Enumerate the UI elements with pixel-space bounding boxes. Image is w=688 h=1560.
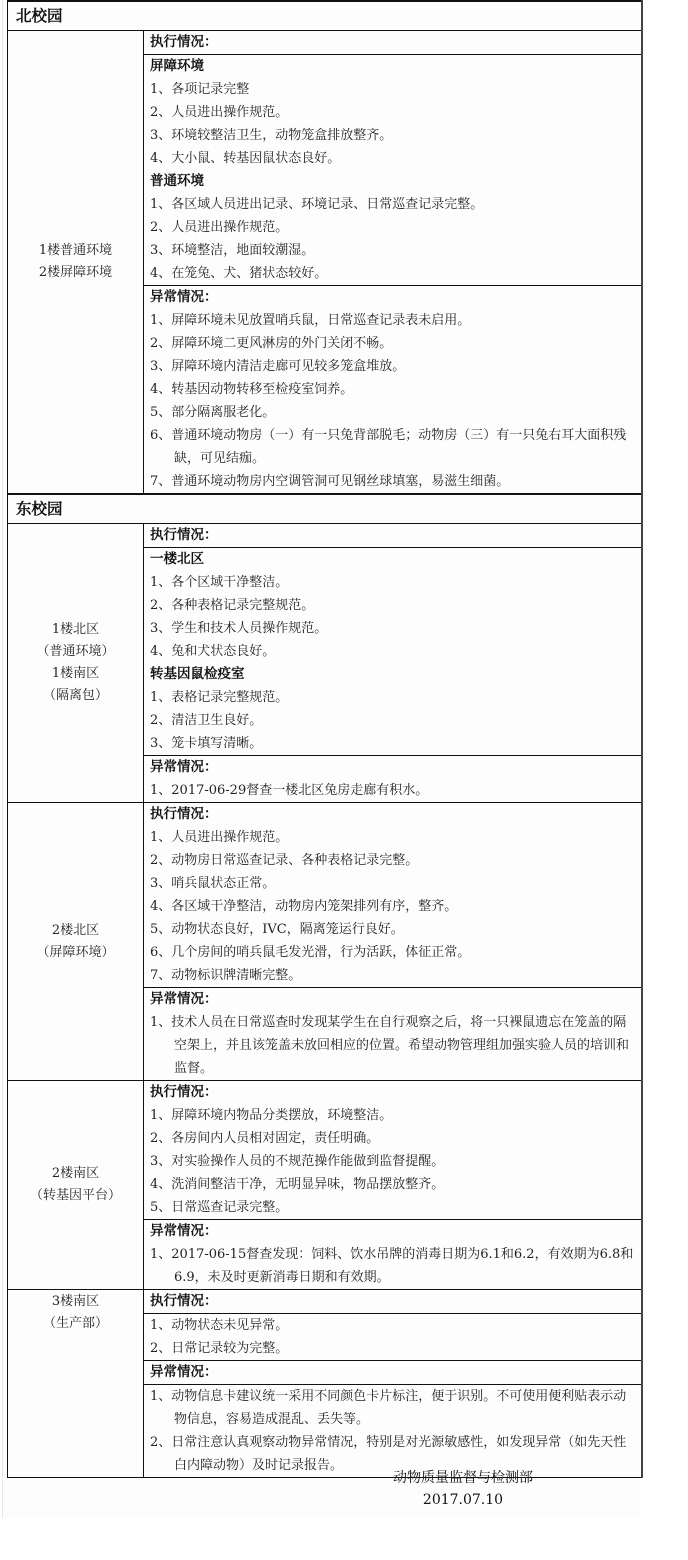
area-line: （转基因平台） [10, 1185, 141, 1207]
list-item: 2、清洁卫生良好。 [150, 709, 635, 732]
list-item: 2、各种表格记录完整规范。 [150, 594, 635, 617]
area-line: 2楼屏障环境 [10, 262, 141, 284]
campus-header-row: 东校园 [8, 494, 642, 524]
execution-label: 执行情况： [150, 803, 635, 826]
abnormal-label: 异常情况： [150, 988, 635, 1011]
list-item: 1、人员进出操作规范。 [150, 826, 635, 849]
list-item: 6、普通环境动物房（一）有一只兔背部脱毛；动物房（三）有一只兔右耳大面积残缺，可… [150, 424, 635, 470]
list-item: 2、人员进出操作规范。 [150, 101, 635, 124]
execution-cell: 执行情况： 1、人员进出操作规范。 2、动物房日常巡查记录、各种表格记录完整。 … [144, 803, 642, 988]
list-item: 7、普通环境动物房内空调管洞可见钢丝球填塞，易滋生细菌。 [150, 470, 635, 493]
list-item: 2、各房间内人员相对固定，责任明确。 [150, 1127, 635, 1150]
execution-cell: 1、动物状态未见异常。 2、日常记录较为完整。 [144, 1314, 642, 1361]
list-item: 2、日常记录较为完整。 [150, 1337, 635, 1360]
list-item: 6、几个房间的哨兵鼠毛发光滑，行为活跃，体征正常。 [150, 941, 635, 964]
abnormal-cell: 异常情况： 1、2017-06-29督查一楼北区兔房走廊有积水。 [144, 756, 642, 803]
area-line: （隔离包） [10, 685, 141, 707]
area-cell: 3楼南区 （生产部） [8, 1290, 144, 1478]
abnormal-cell: 异常情况： 1、屏障环境未见放置哨兵鼠，日常巡查记录表未启用。 2、屏障环境二更… [144, 286, 642, 495]
list-item: 2、屏障环境二更风淋房的外门关闭不畅。 [150, 332, 635, 355]
execution-label: 执行情况： [144, 1290, 642, 1314]
execution-label: 执行情况： [144, 31, 642, 55]
area-line: 1楼普通环境 [10, 240, 141, 262]
list-item: 4、各区域干净整洁，动物房内笼架排列有序，整齐。 [150, 895, 635, 918]
campus-header-row: 北校园 [8, 1, 642, 31]
section-row: 1楼普通环境 2楼屏障环境 执行情况： [8, 31, 642, 55]
execution-cell: 一楼北区 1、各个区域干净整洁。 2、各种表格记录完整规范。 3、学生和技术人员… [144, 548, 642, 756]
area-line: 3楼南区 [10, 1291, 141, 1313]
list-item: 1、表格记录完整规范。 [150, 686, 635, 709]
list-item: 3、环境整洁，地面较潮湿。 [150, 239, 635, 262]
inspection-table: 北校园 1楼普通环境 2楼屏障环境 执行情况： 屏障环境 1、各项记录完整 2、… [7, 0, 643, 1478]
area-cell: 2楼北区 （屏障环境） [8, 803, 144, 1081]
abnormal-label: 异常情况： [144, 1361, 642, 1385]
execution-cell: 执行情况： 1、屏障环境内物品分类摆放，环境整洁。 2、各房间内人员相对固定，责… [144, 1081, 642, 1220]
list-item: 2、人员进出操作规范。 [150, 216, 635, 239]
execution-label: 执行情况： [144, 524, 642, 548]
area-line: （屏障环境） [10, 942, 141, 964]
section-row: 1楼北区 （普通环境） 1楼南区 （隔离包） 执行情况： [8, 524, 642, 548]
area-cell: 1楼北区 （普通环境） 1楼南区 （隔离包） [8, 524, 144, 803]
signature-block: 动物质量监督与检测部 2017.07.10 [363, 1467, 563, 1511]
group-title: 屏障环境 [150, 55, 635, 78]
section-row: 2楼南区 （转基因平台） 执行情况： 1、屏障环境内物品分类摆放，环境整洁。 2… [8, 1081, 642, 1220]
list-item: 4、转基因动物转移至检疫室饲养。 [150, 378, 635, 401]
abnormal-label: 异常情况： [150, 286, 635, 309]
abnormal-label: 异常情况： [150, 756, 635, 779]
abnormal-cell: 1、动物信息卡建议统一采用不同颜色卡片标注，便于识别。不可使用便利贴表示动物信息… [144, 1385, 642, 1478]
list-item: 3、环境较整洁卫生，动物笼盒排放整齐。 [150, 124, 635, 147]
list-item: 5、部分隔离服老化。 [150, 401, 635, 424]
list-item: 1、各区域人员进出记录、环境记录、日常巡查记录完整。 [150, 193, 635, 216]
section-row: 3楼南区 （生产部） 执行情况： [8, 1290, 642, 1314]
list-item: 4、洗消间整洁干净，无明显异味，物品摆放整齐。 [150, 1173, 635, 1196]
list-item: 1、动物状态未见异常。 [150, 1314, 635, 1337]
list-item: 2、动物房日常巡查记录、各种表格记录完整。 [150, 849, 635, 872]
list-item: 5、动物状态良好，IVC，隔离笼运行良好。 [150, 918, 635, 941]
list-item: 4、在笼兔、犬、猪状态较好。 [150, 262, 635, 285]
list-item: 1、技术人员在日常巡查时发现某学生在自行观察之后，将一只裸鼠遗忘在笼盖的隔空架上… [150, 1011, 635, 1080]
section-row: 2楼北区 （屏障环境） 执行情况： 1、人员进出操作规范。 2、动物房日常巡查记… [8, 803, 642, 988]
list-item: 5、日常巡查记录完整。 [150, 1196, 635, 1219]
list-item: 4、兔和犬状态良好。 [150, 640, 635, 663]
list-item: 3、学生和技术人员操作规范。 [150, 617, 635, 640]
campus-name-east: 东校园 [8, 494, 642, 524]
list-item: 1、屏障环境内物品分类摆放，环境整洁。 [150, 1104, 635, 1127]
document-page: 北校园 1楼普通环境 2楼屏障环境 执行情况： 屏障环境 1、各项记录完整 2、… [2, 0, 640, 1518]
list-item: 3、对实验操作人员的不规范操作能做到监督提醒。 [150, 1150, 635, 1173]
campus-name-north: 北校园 [8, 1, 642, 31]
list-item: 3、笼卡填写清晰。 [150, 732, 635, 755]
area-line: 1楼南区 [10, 663, 141, 685]
list-item: 1、动物信息卡建议统一采用不同颜色卡片标注，便于识别。不可使用便利贴表示动物信息… [150, 1385, 635, 1431]
list-item: 1、2017-06-15督查发现：饲料、饮水吊牌的消毒日期为6.1和6.2，有效… [150, 1243, 635, 1289]
area-line: 2楼北区 [10, 920, 141, 942]
area-line: 1楼北区 [10, 619, 141, 641]
signature-date: 2017.07.10 [363, 1489, 563, 1511]
list-item: 1、2017-06-29督查一楼北区兔房走廊有积水。 [150, 779, 635, 802]
department-name: 动物质量监督与检测部 [363, 1467, 563, 1489]
group-title: 普通环境 [150, 170, 635, 193]
area-line: 2楼南区 [10, 1163, 141, 1185]
group-title: 转基因鼠检疫室 [150, 663, 635, 686]
execution-cell: 屏障环境 1、各项记录完整 2、人员进出操作规范。 3、环境较整洁卫生，动物笼盒… [144, 55, 642, 286]
area-line: （普通环境） [10, 641, 141, 663]
area-cell: 2楼南区 （转基因平台） [8, 1081, 144, 1290]
abnormal-cell: 异常情况： 1、2017-06-15督查发现：饲料、饮水吊牌的消毒日期为6.1和… [144, 1220, 642, 1290]
area-cell: 1楼普通环境 2楼屏障环境 [8, 31, 144, 495]
abnormal-cell: 异常情况： 1、技术人员在日常巡查时发现某学生在自行观察之后，将一只裸鼠遗忘在笼… [144, 988, 642, 1081]
group-title: 一楼北区 [150, 548, 635, 571]
list-item: 1、各项记录完整 [150, 78, 635, 101]
abnormal-label: 异常情况： [150, 1220, 635, 1243]
list-item: 7、动物标识牌清晰完整。 [150, 964, 635, 987]
execution-label: 执行情况： [150, 1081, 635, 1104]
list-item: 3、哨兵鼠状态正常。 [150, 872, 635, 895]
area-line: （生产部） [10, 1313, 141, 1335]
list-item: 1、屏障环境未见放置哨兵鼠，日常巡查记录表未启用。 [150, 309, 635, 332]
list-item: 4、大小鼠、转基因鼠状态良好。 [150, 147, 635, 170]
list-item: 1、各个区域干净整洁。 [150, 571, 635, 594]
list-item: 3、屏障环境内清洁走廊可见较多笼盒堆放。 [150, 355, 635, 378]
